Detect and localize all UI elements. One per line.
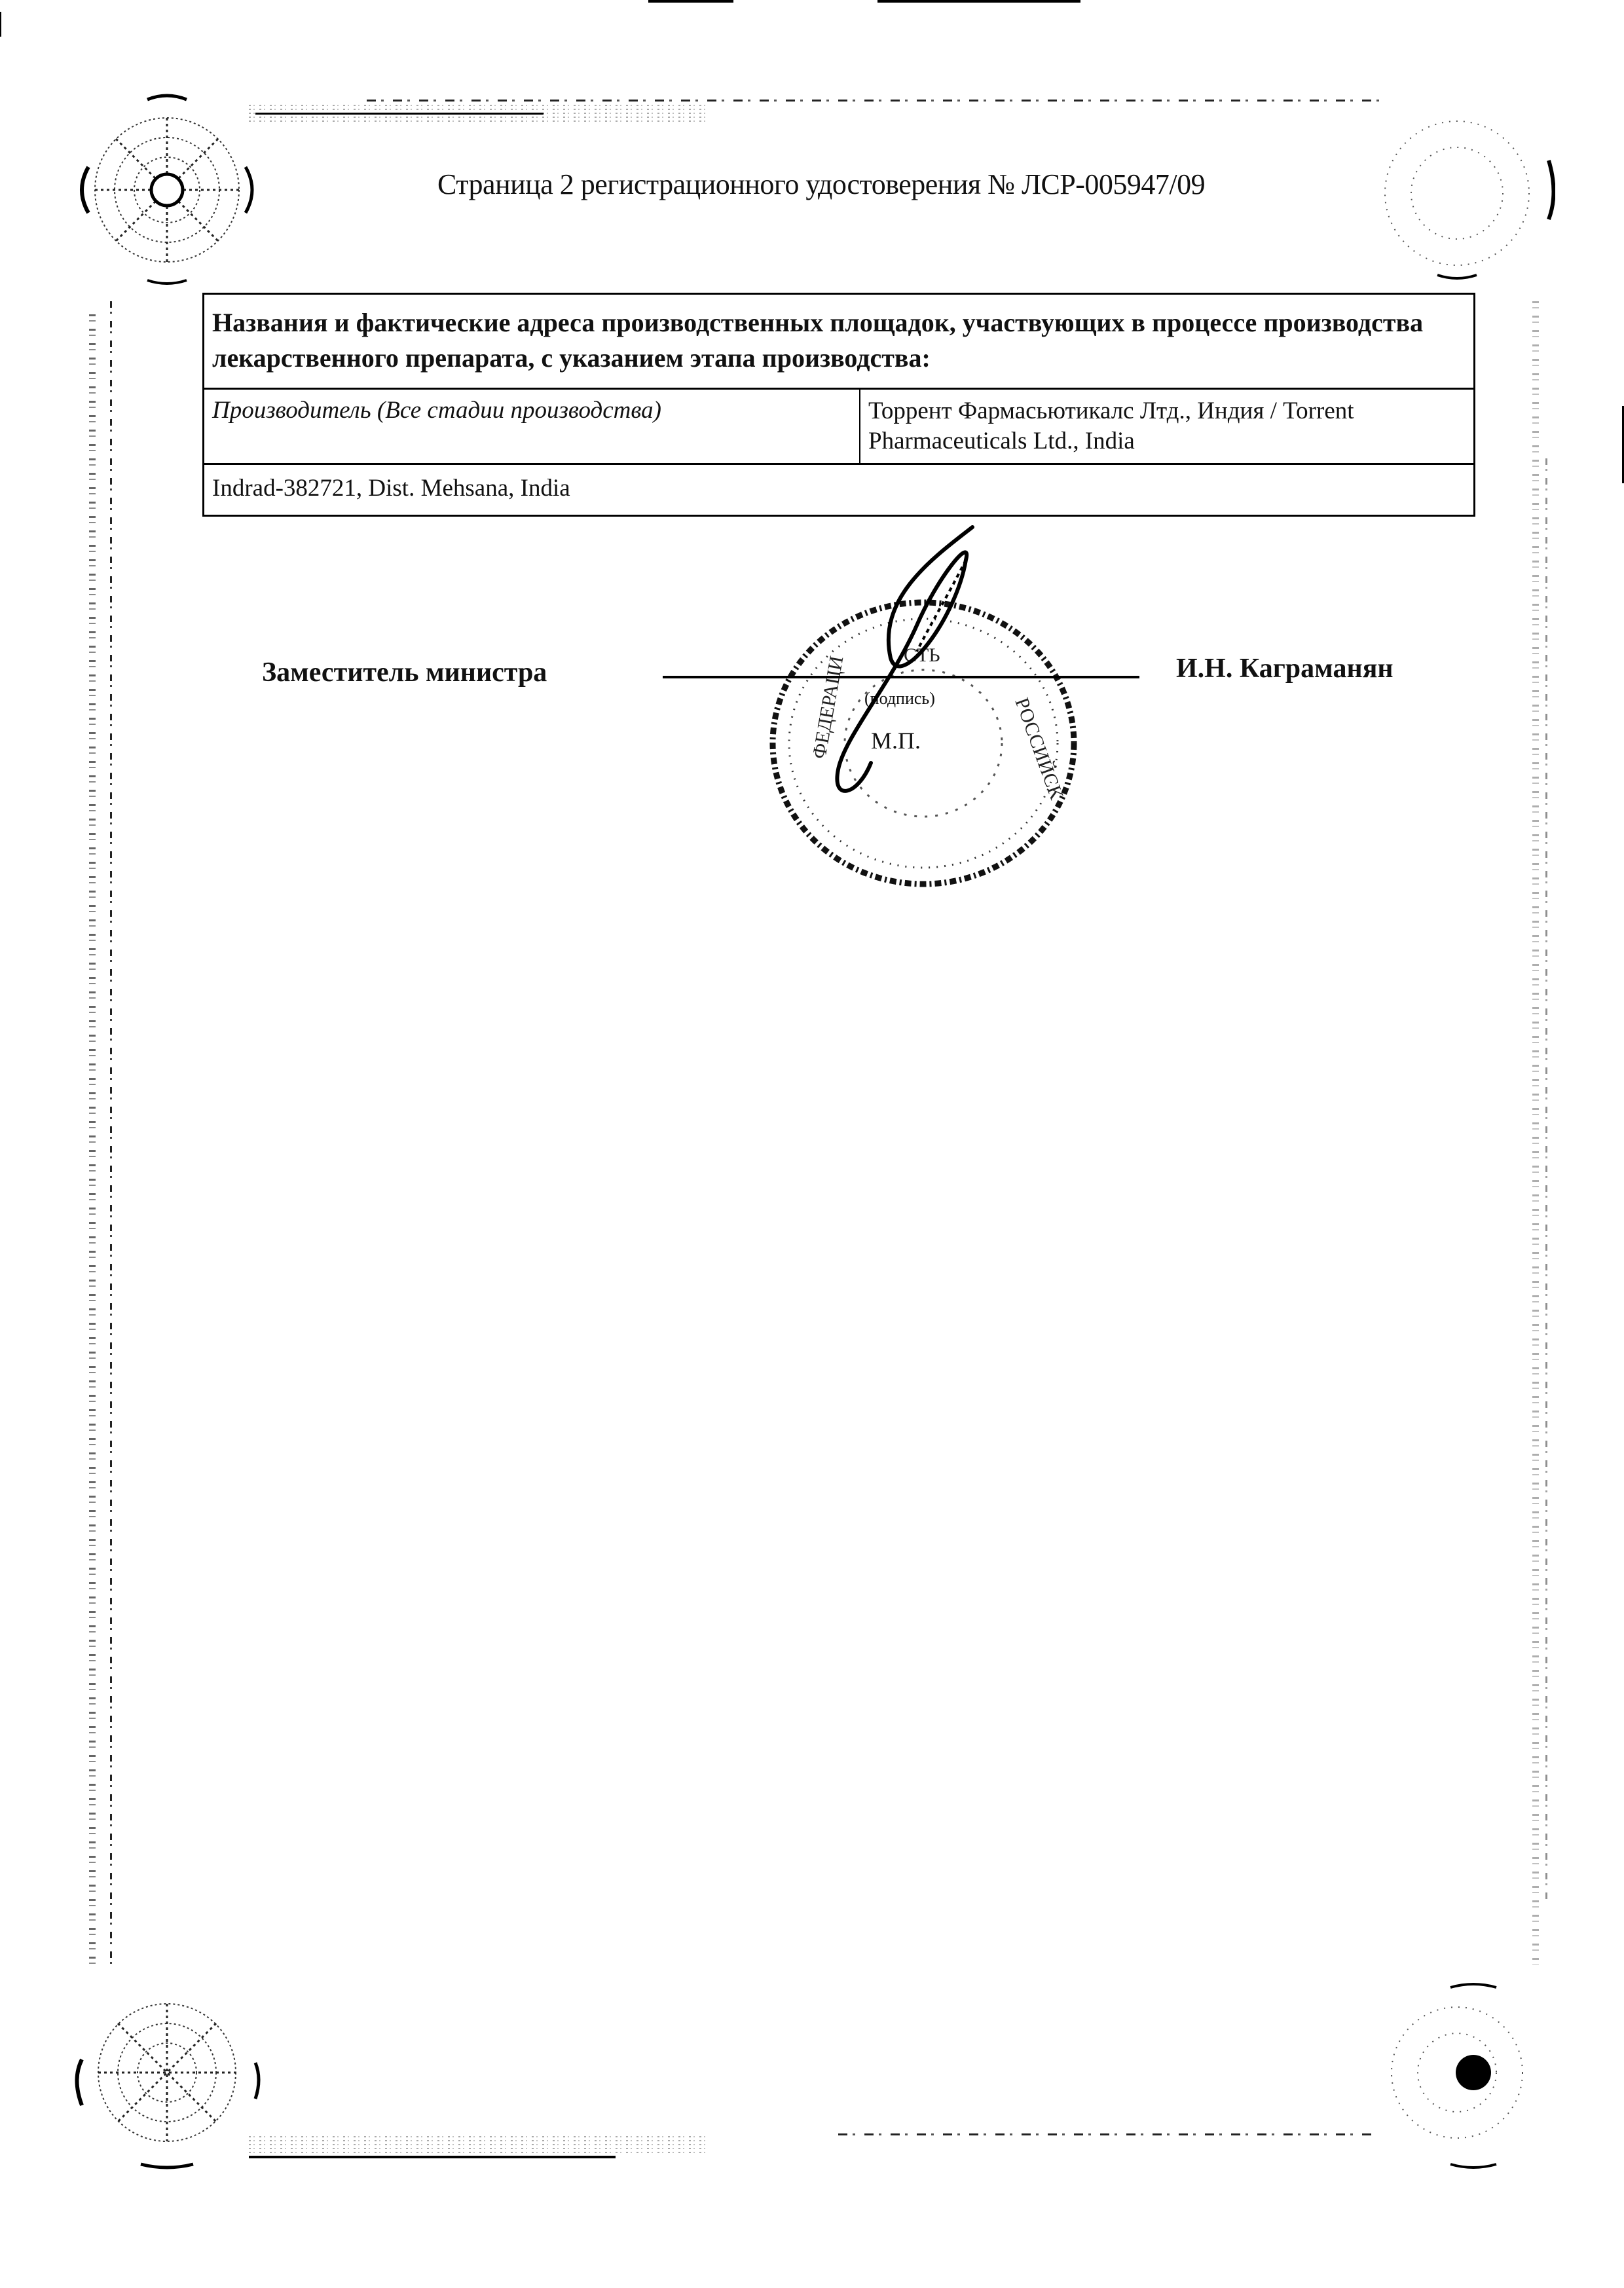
frame-top-line-solid [255, 113, 544, 115]
frame-top-line [367, 100, 1388, 101]
frame-left-band [89, 314, 96, 1965]
rosette-icon [69, 1974, 265, 2171]
signer-name: И.Н. Каграманян [1176, 653, 1393, 684]
manufacturer-address-cell: Indrad-382721, Dist. Mehsana, India [204, 465, 1473, 515]
corner-ornament-top-right [1359, 95, 1555, 291]
scan-artifact-top-right [877, 0, 1080, 3]
manufacturer-name-cell: Торрент Фармасьютикалс Лтд., Индия / Tor… [860, 390, 1473, 463]
rosette-icon [1359, 1974, 1555, 2171]
handwritten-signature-icon [799, 521, 995, 809]
corner-ornament-bottom-right [1359, 1974, 1555, 2171]
rosette-icon [69, 92, 265, 288]
manufacturer-role-cell: Производитель (Все стадии производства) [204, 390, 860, 463]
frame-bottom-line [838, 2133, 1375, 2135]
frame-bottom-line-solid [249, 2156, 616, 2158]
dark-dot-icon [1456, 2055, 1491, 2090]
table-heading: Названия и фактические адреса производст… [204, 295, 1473, 390]
corner-ornament-bottom-left [69, 1974, 265, 2171]
frame-right-band [1532, 301, 1539, 1965]
rosette-icon [1359, 95, 1555, 291]
table-row: Производитель (Все стадии производства) … [204, 390, 1473, 465]
scan-artifact-top-left [648, 0, 733, 3]
manufacturer-name-line2: Pharmaceuticals Ltd., India [868, 426, 1466, 456]
frame-left-line [110, 301, 112, 1965]
svg-text:РОССИЙСК: РОССИЙСК [1010, 695, 1067, 803]
signer-position: Заместитель министра [262, 657, 547, 688]
frame-right-line [1545, 458, 1547, 1899]
page-header: Страница 2 регистрационного удостоверени… [437, 168, 1205, 201]
corner-ornament-top-left [69, 92, 265, 288]
manufacturing-sites-table: Названия и фактические адреса производст… [202, 293, 1475, 517]
scan-artifact-left-edge [0, 12, 1, 37]
frame-top-band [249, 105, 707, 124]
manufacturer-name-line1: Торрент Фармасьютикалс Лтд., Индия / Tor… [868, 396, 1466, 426]
frame-bottom-band [249, 2136, 707, 2156]
